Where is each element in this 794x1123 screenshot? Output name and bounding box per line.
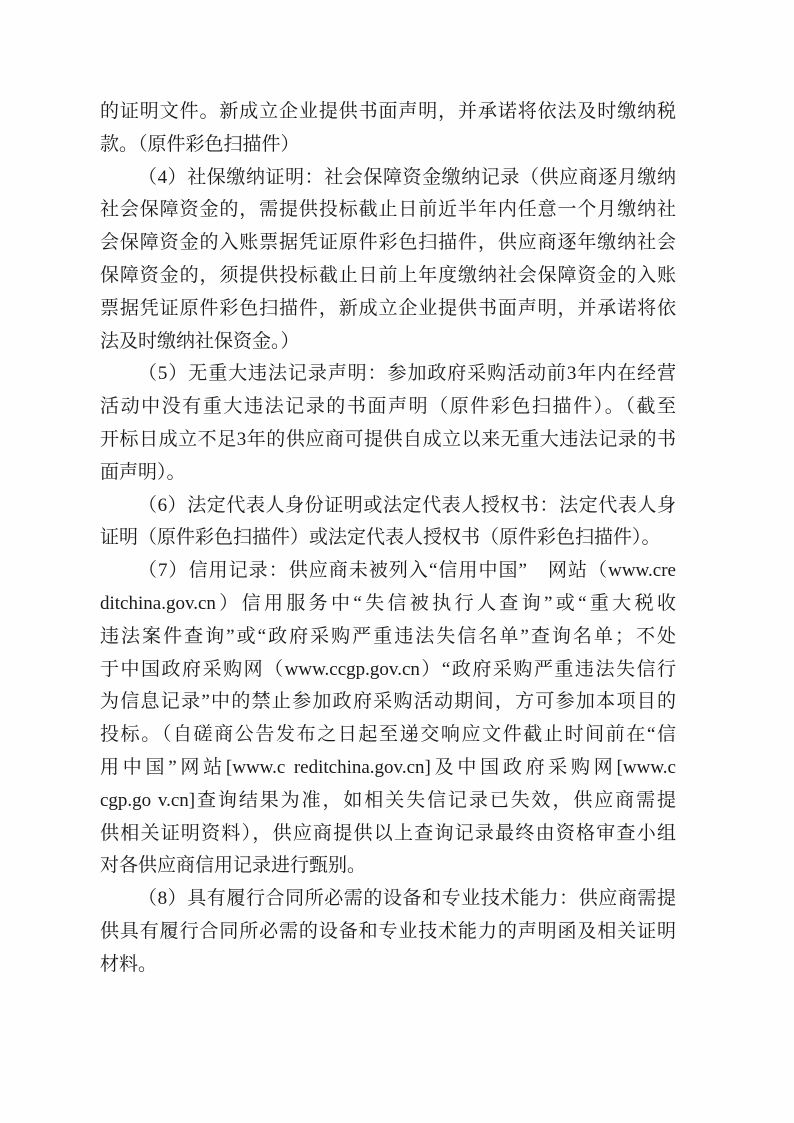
text-line: （4）社保缴纳证明：社会保障资金缴纳记录（供应商逐月缴纳: [100, 162, 676, 195]
text-line: 社会保障资金的，需提供投标截止日前近半年内任意一个月缴纳社: [100, 194, 676, 227]
text-line: cgp.go v.cn]查询结果为准，如相关失信记录已失效，供应商需提: [100, 785, 676, 818]
text-line: ditchina.gov.cn）信用服务中“失信被执行人查询”或“重大税收: [100, 588, 676, 621]
text-line: （7）信用记录：供应商未被列入“信用中国” 网站（www.cre: [100, 555, 676, 588]
para-5-no-major-violation-declaration: （5）无重大违法记录声明：参加政府采购活动前3年内在经营活动中没有重大违法记录的…: [100, 358, 676, 489]
para-4-social-insurance-proof: （4）社保缴纳证明：社会保障资金缴纳记录（供应商逐月缴纳社会保障资金的，需提供投…: [100, 162, 676, 359]
text-line: 的证明文件。新成立企业提供书面声明，并承诺将依法及时缴纳税: [100, 96, 676, 129]
text-line: 票据凭证原件彩色扫描件，新成立企业提供书面声明，并承诺将依: [100, 293, 676, 326]
text-line: 材料。: [100, 949, 676, 982]
document-page: 的证明文件。新成立企业提供书面声明，并承诺将依法及时缴纳税款。（原件彩色扫描件）…: [0, 0, 794, 1123]
para-tax-certificate-continuation: 的证明文件。新成立企业提供书面声明，并承诺将依法及时缴纳税款。（原件彩色扫描件）: [100, 96, 676, 162]
text-line: 证明（原件彩色扫描件）或法定代表人授权书（原件彩色扫描件）。: [100, 522, 676, 555]
text-line: 面声明）。: [100, 457, 676, 490]
text-line: 用中国”网站[www.c reditchina.gov.cn]及中国政府采购网[…: [100, 752, 676, 785]
text-line: 供具有履行合同所必需的设备和专业技术能力的声明函及相关证明: [100, 916, 676, 949]
text-line: 保障资金的，须提供投标截止日前上年度缴纳社会保障资金的入账: [100, 260, 676, 293]
text-line: 开标日成立不足3年的供应商可提供自成立以来无重大违法记录的书: [100, 424, 676, 457]
text-line: （6）法定代表人身份证明或法定代表人授权书：法定代表人身份: [100, 490, 676, 523]
text-line: 款。（原件彩色扫描件）: [100, 129, 676, 162]
para-6-legal-representative-id: （6）法定代表人身份证明或法定代表人授权书：法定代表人身份证明（原件彩色扫描件）…: [100, 490, 676, 556]
para-7-credit-record: （7）信用记录：供应商未被列入“信用中国” 网站（www.creditchina…: [100, 555, 676, 883]
text-line: 投标。（自磋商公告发布之日起至递交响应文件截止时间前在“信: [100, 719, 676, 752]
text-line: 活动中没有重大违法记录的书面声明（原件彩色扫描件）。（截至: [100, 391, 676, 424]
text-line: （5）无重大违法记录声明：参加政府采购活动前3年内在经营: [100, 358, 676, 391]
text-line: 对各供应商信用记录进行甄别。: [100, 850, 676, 883]
text-line: （8）具有履行合同所必需的设备和专业技术能力：供应商需提: [100, 883, 676, 916]
text-line: 供相关证明资料），供应商提供以上查询记录最终由资格审查小组: [100, 818, 676, 851]
text-line: 法及时缴纳社保资金。）: [100, 326, 676, 359]
para-8-equipment-and-technical-capability: （8）具有履行合同所必需的设备和专业技术能力：供应商需提供具有履行合同所必需的设…: [100, 883, 676, 981]
text-line: 违法案件查询”或“政府采购严重违法失信名单”查询名单；不处: [100, 621, 676, 654]
page-text: 的证明文件。新成立企业提供书面声明，并承诺将依法及时缴纳税款。（原件彩色扫描件）…: [100, 96, 676, 982]
text-line: 为信息记录”中的禁止参加政府采购活动期间，方可参加本项目的: [100, 686, 676, 719]
text-line: 于中国政府采购网（www.ccgp.gov.cn）“政府采购严重违法失信行: [100, 654, 676, 687]
text-line: 会保障资金的入账票据凭证原件彩色扫描件，供应商逐年缴纳社会: [100, 227, 676, 260]
